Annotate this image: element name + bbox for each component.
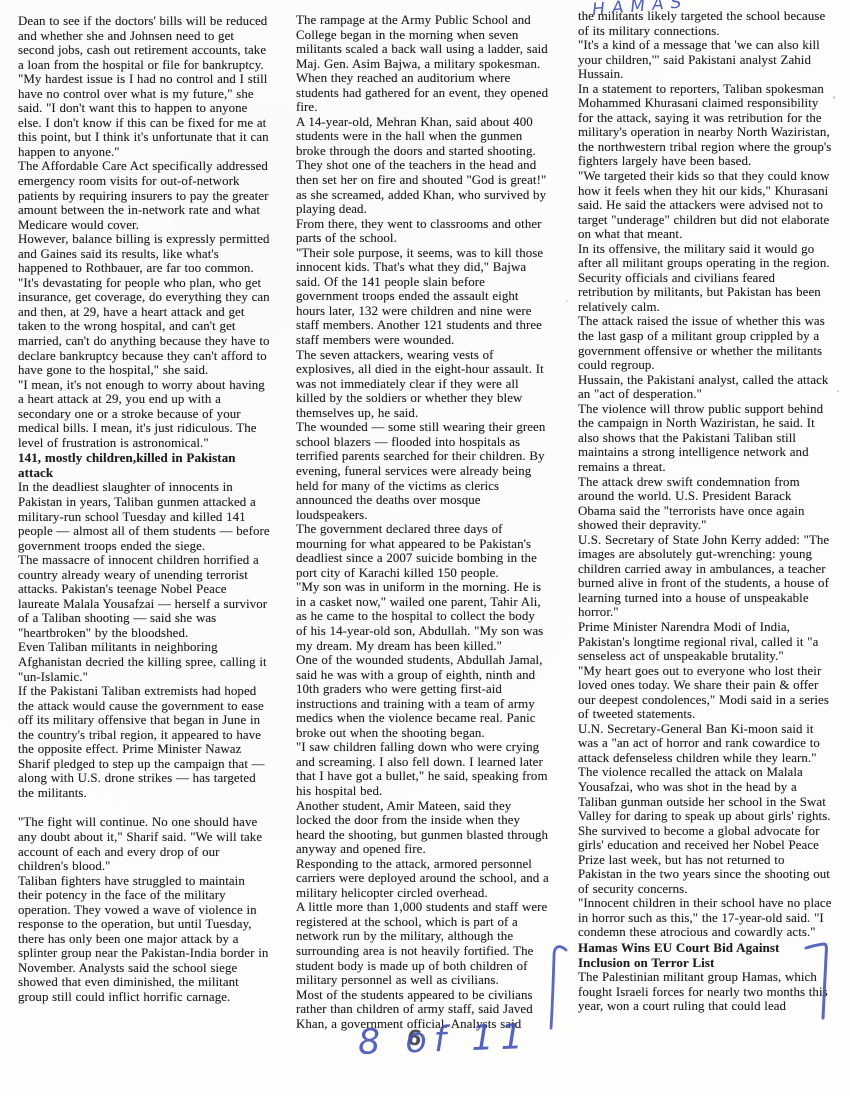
article-paragraph: The Palestinian militant group Hamas, wh… bbox=[578, 970, 832, 1014]
article-paragraph: The attack drew swift condemnation from … bbox=[578, 475, 832, 533]
article-heading: 141, mostly children,killed in Pakistan … bbox=[18, 450, 270, 480]
article-paragraph: The wounded — some still wearing their g… bbox=[296, 420, 549, 522]
article-paragraph: Even Taliban militants in neighboring Af… bbox=[18, 640, 270, 684]
article-paragraph: The government declared three days of mo… bbox=[296, 522, 549, 580]
scanned-document-page: Dean to see if the doctors' bills will b… bbox=[0, 0, 850, 1096]
article-paragraph: U.S. Secretary of State John Kerry added… bbox=[578, 533, 832, 620]
article-paragraph: The Affordable Care Act specifically add… bbox=[18, 159, 270, 232]
text-column-middle: The rampage at the Army Public School an… bbox=[296, 13, 549, 1031]
article-paragraph: The rampage at the Army Public School an… bbox=[296, 13, 549, 115]
article-paragraph: the militants likely targeted the school… bbox=[578, 9, 832, 38]
article-paragraph: Responding to the attack, armored person… bbox=[296, 857, 549, 901]
scan-speckle bbox=[566, 300, 568, 302]
article-paragraph: "I saw children falling down who were cr… bbox=[296, 740, 549, 798]
article-paragraph: "It's devastating for people who plan, w… bbox=[18, 276, 270, 378]
article-paragraph: Most of the students appeared to be civi… bbox=[296, 988, 549, 1032]
article-paragraph: The attack raised the issue of whether t… bbox=[578, 314, 832, 372]
article-paragraph: "My heart goes out to everyone who lost … bbox=[578, 664, 832, 722]
article-paragraph: "Their sole purpose, it seems, was to ki… bbox=[296, 246, 549, 348]
article-paragraph: The violence recalled the attack on Mala… bbox=[578, 765, 832, 896]
article-paragraph: A 14-year-old, Mehran Khan, said about 4… bbox=[296, 115, 549, 217]
article-paragraph: In a statement to reporters, Taliban spo… bbox=[578, 82, 832, 169]
article-paragraph: From there, they went to classrooms and … bbox=[296, 217, 549, 246]
article-paragraph: "The fight will continue. No one should … bbox=[18, 815, 270, 873]
article-paragraph: However, balance billing is expressly pe… bbox=[18, 232, 270, 276]
article-paragraph: The massacre of innocent children horrif… bbox=[18, 553, 270, 640]
article-paragraph: One of the wounded students, Abdullah Ja… bbox=[296, 653, 549, 740]
article-paragraph: "It's a kind of a message that 'we can a… bbox=[578, 38, 832, 82]
article-paragraph: "We targeted their kids so that they cou… bbox=[578, 169, 832, 242]
article-paragraph: "My hardest issue is I had no control an… bbox=[18, 72, 270, 159]
article-paragraph: "I mean, it's not enough to worry about … bbox=[18, 378, 270, 451]
article-paragraph: "My son was in uniform in the morning. H… bbox=[296, 580, 549, 653]
scan-speckle bbox=[833, 96, 835, 99]
scan-speckle bbox=[837, 390, 839, 392]
article-paragraph: Dean to see if the doctors' bills will b… bbox=[18, 14, 270, 72]
text-column-right: the militants likely targeted the school… bbox=[578, 9, 832, 1014]
article-paragraph: The violence will throw public support b… bbox=[578, 402, 832, 475]
article-paragraph: "Innocent children in their school have … bbox=[578, 896, 832, 940]
article-paragraph: In its offensive, the military said it w… bbox=[578, 242, 832, 315]
article-paragraph: In the deadliest slaughter of innocents … bbox=[18, 480, 270, 553]
article-paragraph: U.N. Secretary-General Ban Ki-moon said … bbox=[578, 722, 832, 766]
article-heading: Hamas Wins EU Court Bid Against Inclusio… bbox=[578, 940, 832, 970]
article-paragraph: Another student, Amir Mateen, said they … bbox=[296, 799, 549, 857]
text-column-left: Dean to see if the doctors' bills will b… bbox=[18, 14, 270, 1005]
article-paragraph: Hussain, the Pakistani analyst, called t… bbox=[578, 373, 832, 402]
article-paragraph: The seven attackers, wearing vests of ex… bbox=[296, 348, 549, 421]
article-paragraph: Prime Minister Narendra Modi of India, P… bbox=[578, 620, 832, 664]
left-bracket-stroke bbox=[551, 947, 566, 1028]
article-paragraph: A little more than 1,000 students and st… bbox=[296, 900, 549, 987]
article-paragraph: If the Pakistani Taliban extremists had … bbox=[18, 684, 270, 800]
article-paragraph: Taliban fighters have struggled to maint… bbox=[18, 874, 270, 1005]
